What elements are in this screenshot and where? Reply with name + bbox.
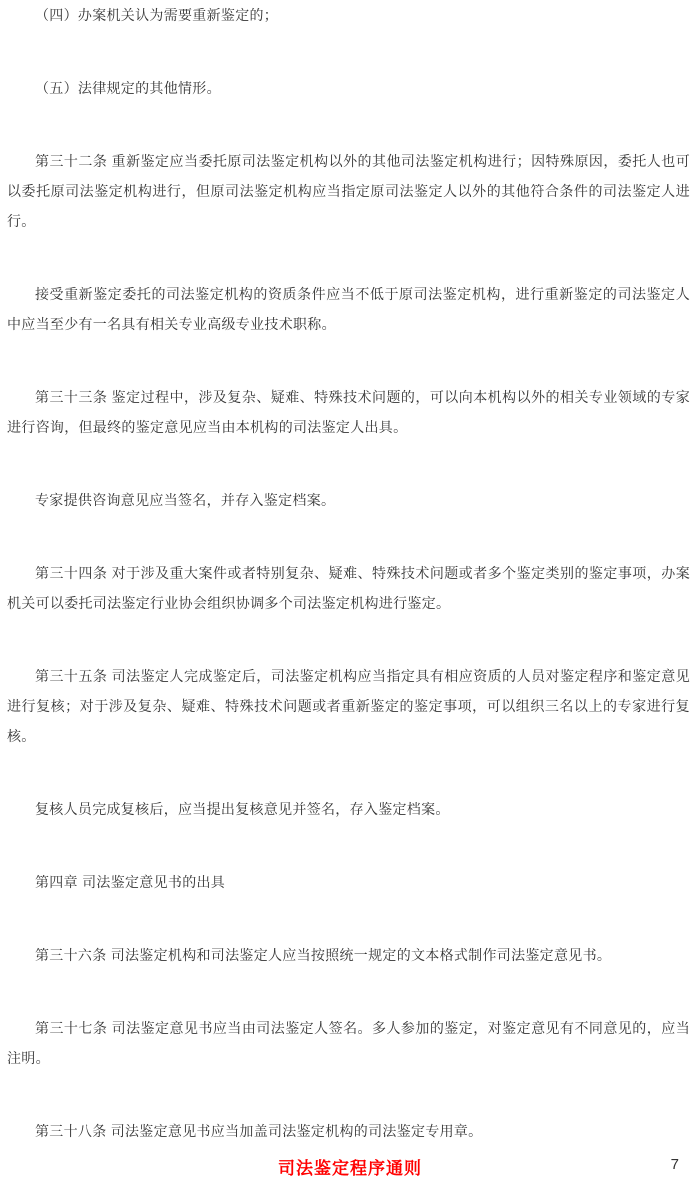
article-32: 第三十二条 重新鉴定应当委托原司法鉴定机构以外的其他司法鉴定机构进行；因特殊原因… [7, 146, 690, 236]
article-33: 第三十三条 鉴定过程中，涉及复杂、疑难、特殊技术问题的，可以向本机构以外的相关专… [7, 382, 690, 442]
page-footer: 司法鉴定程序通则 7 [0, 1152, 700, 1180]
article-34: 第三十四条 对于涉及重大案件或者特别复杂、疑难、特殊技术问题或者多个鉴定类别的鉴… [7, 558, 690, 618]
article-38: 第三十八条 司法鉴定意见书应当加盖司法鉴定机构的司法鉴定专用章。 [7, 1116, 690, 1146]
article-35: 第三十五条 司法鉴定人完成鉴定后，司法鉴定机构应当指定具有相应资质的人员对鉴定程… [7, 661, 690, 751]
article-37: 第三十七条 司法鉴定意见书应当由司法鉴定人签名。多人参加的鉴定，对鉴定意见有不同… [7, 1013, 690, 1073]
article-33-paragraph-2: 专家提供咨询意见应当签名，并存入鉴定档案。 [7, 485, 690, 515]
list-item-4: （四）办案机关认为需要重新鉴定的； [7, 0, 690, 30]
article-36: 第三十六条 司法鉴定机构和司法鉴定人应当按照统一规定的文本格式制作司法鉴定意见书… [7, 940, 690, 970]
article-32-paragraph-2: 接受重新鉴定委托的司法鉴定机构的资质条件应当不低于原司法鉴定机构，进行重新鉴定的… [7, 279, 690, 339]
list-item-5: （五）法律规定的其他情形。 [7, 73, 690, 103]
document-page: （四）办案机关认为需要重新鉴定的； （五）法律规定的其他情形。 第三十二条 重新… [0, 0, 700, 1182]
page-number: 7 [671, 1156, 679, 1173]
footer-document-title: 司法鉴定程序通则 [0, 1154, 700, 1179]
chapter-4-heading: 第四章 司法鉴定意见书的出具 [7, 867, 690, 897]
article-35-paragraph-2: 复核人员完成复核后，应当提出复核意见并签名，存入鉴定档案。 [7, 794, 690, 824]
document-body: （四）办案机关认为需要重新鉴定的； （五）法律规定的其他情形。 第三十二条 重新… [7, 0, 690, 1146]
